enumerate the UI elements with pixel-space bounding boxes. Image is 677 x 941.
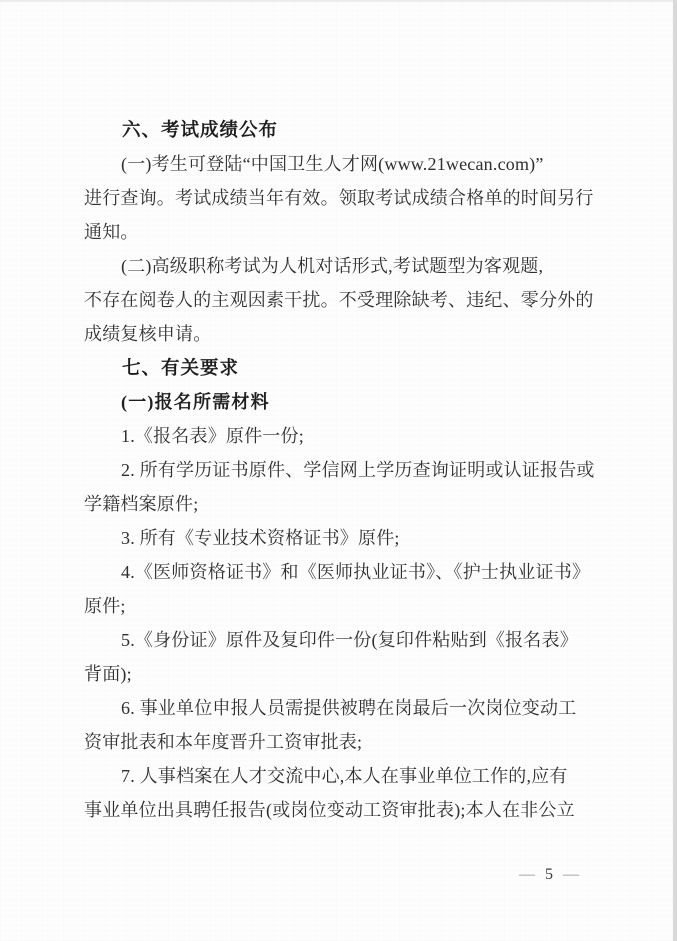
section-heading-exam-results: 六、考试成绩公布 xyxy=(84,113,604,147)
paragraph-line: 通知。 xyxy=(84,215,604,249)
scanned-document-page: { "page": { "background": "#fdfdfd", "te… xyxy=(0,0,677,941)
list-item-6: 6. 事业单位申报人员需提供被聘在岗最后一次岗位变动工 xyxy=(84,691,604,725)
page-number-value: 5 xyxy=(545,866,553,883)
page-number: —5— xyxy=(519,862,579,888)
subsection-heading-materials: (一)报名所需材料 xyxy=(84,385,604,419)
scan-top-edge-artifact xyxy=(0,0,677,2)
list-item-4: 4.《医师资格证书》和《医师执业证书》、《护士执业证书》 xyxy=(84,555,604,589)
list-item-2-continued: 学籍档案原件; xyxy=(84,487,604,521)
list-item-7-continued: 事业单位出具聘任报告(或岗位变动工资审批表);本人在非公立 xyxy=(84,793,604,827)
page-number-dash-left: — xyxy=(519,866,535,883)
document-body: 六、考试成绩公布 (一)考生可登陆“中国卫生人才网(www.21wecan.co… xyxy=(84,113,604,827)
section-heading-requirements: 七、有关要求 xyxy=(84,351,604,385)
list-item-4-continued: 原件; xyxy=(84,589,604,623)
list-item-2: 2. 所有学历证书原件、学信网上学历查询证明或认证报告或 xyxy=(84,453,604,487)
list-item-7: 7. 人事档案在人才交流中心,本人在事业单位工作的,应有 xyxy=(84,759,604,793)
list-item-6-continued: 资审批表和本年度晋升工资审批表; xyxy=(84,725,604,759)
paragraph-line: 进行查询。考试成绩当年有效。领取考试成绩合格单的时间另行 xyxy=(84,181,604,215)
list-item-1: 1.《报名表》原件一份; xyxy=(84,419,604,453)
scan-right-edge-artifact xyxy=(673,0,677,941)
page-number-dash-right: — xyxy=(563,866,579,883)
paragraph-line: 成绩复核申请。 xyxy=(84,317,604,351)
list-item-3: 3. 所有《专业技术资格证书》原件; xyxy=(84,521,604,555)
paragraph-line: (二)高级职称考试为人机对话形式,考试题型为客观题, xyxy=(84,249,604,283)
list-item-5-continued: 背面); xyxy=(84,657,604,691)
list-item-5: 5.《身份证》原件及复印件一份(复印件粘贴到《报名表》 xyxy=(84,623,604,657)
paragraph-line: (一)考生可登陆“中国卫生人才网(www.21wecan.com)” xyxy=(84,147,604,181)
paragraph-line: 不存在阅卷人的主观因素干扰。不受理除缺考、违纪、零分外的 xyxy=(84,283,604,317)
